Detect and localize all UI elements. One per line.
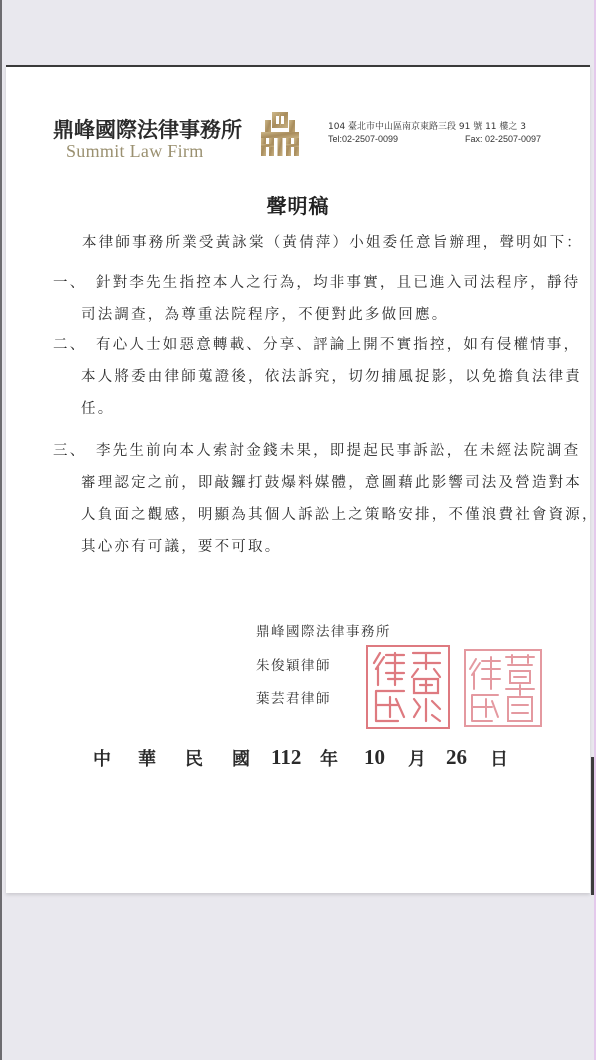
clause-line: 審理認定之前，即敲鑼打鼓爆料媒體，意圖藉此影響司法及營造對本: [81, 471, 582, 492]
clause-line: 針對李先生指控本人之行為，均非事實，且已進入司法程序，靜待: [96, 271, 580, 292]
clause-line: 李先生前向本人索討金錢未果，即提起民事訴訟，在未經法院調查: [96, 439, 580, 460]
clause-number: 一、: [53, 271, 86, 292]
firm-name-chinese: 鼎峰國際法律事務所: [53, 114, 242, 144]
date-char: 國: [232, 745, 250, 771]
seal-yeh-icon: [464, 649, 542, 727]
clause-line: 有心人士如惡意轉載、分享、評論上開不實指控，如有侵權情事，: [96, 333, 580, 354]
signature-lawyer-2: 葉芸君律師: [256, 687, 331, 707]
signature-firm-name: 鼎峰國際法律事務所: [256, 620, 391, 640]
seal-chu-icon: [366, 645, 450, 729]
document-title: 聲明稿: [6, 190, 590, 219]
clause-line: 人負面之觀感，明顯為其個人訴訟上之策略安排，不僅浪費社會資源，: [81, 503, 596, 524]
clause-line: 其心亦有可議，要不可取。: [81, 535, 281, 556]
date-char: 日: [490, 745, 508, 771]
signature-lawyer-1: 朱俊穎律師: [256, 654, 331, 674]
document-page: 鼎峰國際法律事務所 Summit Law Firm: [6, 65, 590, 893]
date-char: 華: [138, 745, 156, 771]
clause-number: 三、: [53, 439, 86, 460]
firm-telephone: Tel:02-2507-0099: [328, 134, 398, 144]
firm-name-english: Summit Law Firm: [66, 141, 204, 162]
date-month: 10: [364, 745, 385, 770]
clause-line: 本人將委由律師蒐證後，依法訴究，切勿捕風捉影，以免擔負法律責: [81, 365, 582, 386]
building-logo-icon: [259, 110, 301, 158]
date-char: 民: [185, 745, 203, 771]
viewer-left-edge: [0, 0, 2, 1060]
firm-address: 104 臺北市中山區南京東路三段 91 號 11 樓之 3: [328, 119, 526, 132]
clause-line: 任。: [81, 397, 114, 418]
intro-paragraph: 本律師事務所業受黃詠棠（黃倩萍）小姐委任意旨辦理，聲明如下：: [82, 231, 583, 252]
clause-number: 二、: [53, 333, 86, 354]
clause-line: 司法調查，為尊重法院程序，不便對此多做回應。: [81, 303, 448, 324]
date-char: 年: [320, 745, 338, 771]
date-char: 中: [93, 745, 111, 771]
date-char: 月: [408, 745, 426, 771]
date-year: 112: [271, 745, 301, 770]
page-edge-shadow: [591, 757, 594, 895]
date-day: 26: [446, 745, 467, 770]
firm-fax: Fax: 02-2507-0097: [465, 134, 541, 144]
